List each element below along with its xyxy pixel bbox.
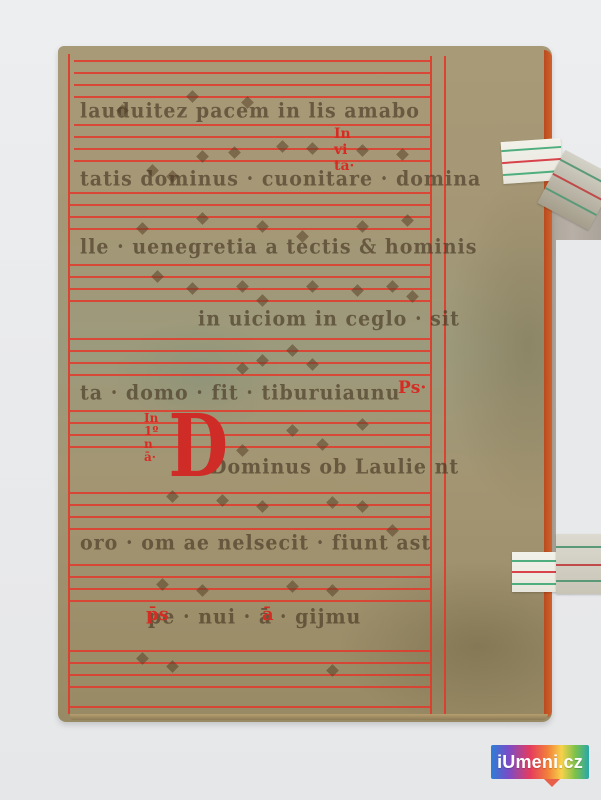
rubric-invitatorium: In vi ta· (334, 126, 354, 174)
manuscript-text-line-6: Dominus ob Laulie nt (210, 455, 459, 479)
book-cover: lauduitez pacem in lis amabo tatis domin… (58, 46, 552, 722)
rubric-ps-1: Ps· (398, 380, 426, 397)
manuscript-text-line-3: lle · uenegretia a tectis & hominis (80, 235, 477, 259)
right-margin-rule-2 (444, 56, 446, 716)
manuscript-text-line-7: oro · om ae nelsecit · fiunt ast (80, 531, 431, 555)
manuscript-text-line-2: tatis dominus · cuonitare · domina (80, 167, 481, 191)
logo-text: iUmeni.cz (497, 752, 583, 773)
background-gap (556, 240, 601, 540)
rubric-a: ā (262, 606, 274, 624)
right-margin-rule-1 (430, 56, 432, 716)
left-margin-rule (68, 54, 70, 714)
illuminated-initial: D (168, 404, 228, 490)
rubric-in-prefix: In 1º n ā· (144, 412, 158, 464)
manuscript-text-line-8: pe · nui · ā · gijmu (148, 605, 361, 629)
manuscript-text-line-1: lauduitez pacem in lis amabo (80, 99, 420, 123)
manuscript-text-line-4: in uiciom in ceglo · sit (198, 307, 460, 331)
cloth-strap-bottom-tail (556, 534, 601, 594)
iumeni-logo: iUmeni.cz (491, 745, 589, 779)
rubric-ps-2: p̄s (146, 606, 169, 624)
manuscript-text-line-5: ta · domo · fit · tiburuiaunu (80, 381, 400, 405)
photo-scene: lauduitez pacem in lis amabo tatis domin… (0, 0, 601, 800)
book-bottom-edge (70, 714, 548, 720)
